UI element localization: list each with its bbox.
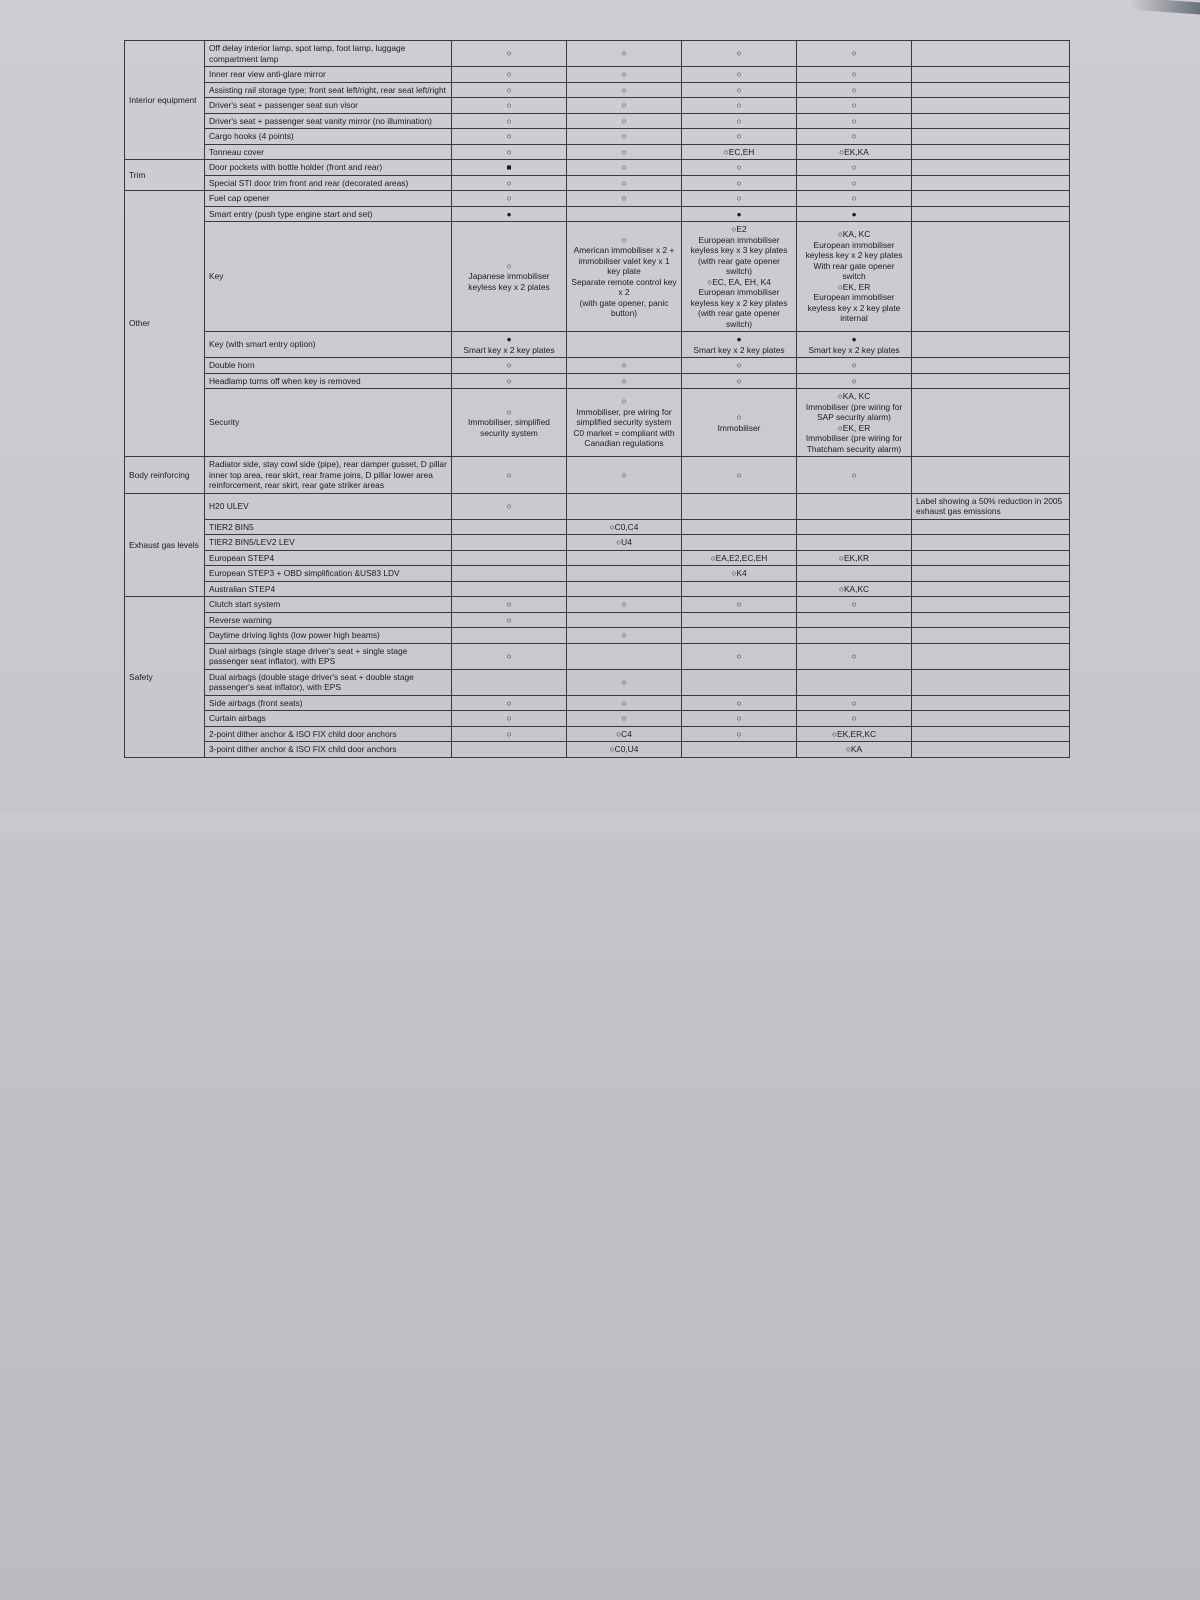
feature-cell: 3-point dither anchor & ISO FIX child do… [205, 742, 452, 758]
value-cell-market-2: ○ [567, 457, 682, 494]
category-cell: Exhaust gas levels [125, 493, 205, 597]
table-row: TIER2 BIN5/LEV2 LEV○U4 [125, 535, 1070, 551]
value-cell-market-1: ○ [452, 457, 567, 494]
value-cell-market-1 [452, 566, 567, 582]
value-cell-market-1: ○Japanese immobiliser keyless key x 2 pl… [452, 222, 567, 332]
value-cell-market-4: ○EK,ER,KC [797, 726, 912, 742]
remarks-cell [912, 206, 1070, 222]
value-cell-market-1: ○ [452, 191, 567, 207]
table-row: Key (with smart entry option)●Smart key … [125, 332, 1070, 358]
value-cell-market-1: ○Immobiliser, simplified security system [452, 389, 567, 457]
table-row: Reverse warning○ [125, 612, 1070, 628]
remarks-cell [912, 519, 1070, 535]
remarks-cell [912, 332, 1070, 358]
table-row: Curtain airbags○○○○ [125, 711, 1070, 727]
value-cell-market-2: ○ [567, 98, 682, 114]
value-cell-market-1 [452, 550, 567, 566]
feature-cell: Smart entry (push type engine start and … [205, 206, 452, 222]
table-row: Daytime driving lights (low power high b… [125, 628, 1070, 644]
value-cell-market-1: ○ [452, 373, 567, 389]
value-cell-market-3 [682, 519, 797, 535]
remarks-cell [912, 597, 1070, 613]
value-cell-market-4 [797, 669, 912, 695]
remarks-cell [912, 175, 1070, 191]
value-cell-market-3: ○K4 [682, 566, 797, 582]
feature-cell: Curtain airbags [205, 711, 452, 727]
value-cell-market-3 [682, 493, 797, 519]
value-cell-market-4 [797, 566, 912, 582]
value-cell-market-2: ○ [567, 358, 682, 374]
value-cell-market-2 [567, 332, 682, 358]
value-cell-market-4: ○ [797, 191, 912, 207]
value-cell-market-4 [797, 628, 912, 644]
value-cell-market-4: ●Smart key x 2 key plates [797, 332, 912, 358]
value-cell-market-2 [567, 566, 682, 582]
value-cell-market-2: ○American immobiliser x 2 + immobiliser … [567, 222, 682, 332]
value-cell-market-4: ● [797, 206, 912, 222]
remarks-cell [912, 113, 1070, 129]
feature-cell: Headlamp turns off when key is removed [205, 373, 452, 389]
remarks-cell [912, 742, 1070, 758]
value-cell-market-2: ○ [567, 191, 682, 207]
value-cell-market-3: ○ [682, 358, 797, 374]
remarks-cell [912, 389, 1070, 457]
value-cell-market-3: ○ [682, 82, 797, 98]
feature-cell: Driver's seat + passenger seat vanity mi… [205, 113, 452, 129]
value-cell-market-2: ○C4 [567, 726, 682, 742]
feature-cell: Radiator side, stay cowl side (pipe), re… [205, 457, 452, 494]
table-row: Key○Japanese immobiliser keyless key x 2… [125, 222, 1070, 332]
table-row: Interior equipmentOff delay interior lam… [125, 41, 1070, 67]
remarks-cell [912, 41, 1070, 67]
value-cell-market-2: ○ [567, 669, 682, 695]
table-row: SafetyClutch start system○○○○ [125, 597, 1070, 613]
value-cell-market-1: ○ [452, 597, 567, 613]
remarks-cell [912, 711, 1070, 727]
value-cell-market-1: ● [452, 206, 567, 222]
equipment-spec-table: Interior equipmentOff delay interior lam… [124, 40, 1070, 758]
table-row: Security○Immobiliser, simplified securit… [125, 389, 1070, 457]
spec-sheet: Interior equipmentOff delay interior lam… [124, 40, 1069, 758]
value-cell-market-4 [797, 493, 912, 519]
value-cell-market-1: ○ [452, 695, 567, 711]
feature-cell: H20 ULEV [205, 493, 452, 519]
value-cell-market-3 [682, 581, 797, 597]
category-cell: Interior equipment [125, 41, 205, 160]
feature-cell: Key (with smart entry option) [205, 332, 452, 358]
value-cell-market-2: ○ [567, 82, 682, 98]
value-cell-market-3: ○E2European immobiliser keyless key x 3 … [682, 222, 797, 332]
value-cell-market-3: ○ [682, 113, 797, 129]
feature-cell: Inner rear view anti-glare mirror [205, 67, 452, 83]
value-cell-market-3: ○ [682, 373, 797, 389]
table-row: Smart entry (push type engine start and … [125, 206, 1070, 222]
remarks-cell [912, 191, 1070, 207]
value-cell-market-4: ○ [797, 82, 912, 98]
value-cell-market-3 [682, 612, 797, 628]
value-cell-market-3 [682, 628, 797, 644]
table-row: 2-point dither anchor & ISO FIX child do… [125, 726, 1070, 742]
value-cell-market-2: ○ [567, 711, 682, 727]
value-cell-market-2: ○C0,C4 [567, 519, 682, 535]
value-cell-market-3: ○ [682, 175, 797, 191]
feature-cell: Clutch start system [205, 597, 452, 613]
table-row: Dual airbags (single stage driver's seat… [125, 643, 1070, 669]
remarks-cell [912, 98, 1070, 114]
feature-cell: European STEP3 + OBD simplification &US8… [205, 566, 452, 582]
feature-cell: Door pockets with bottle holder (front a… [205, 160, 452, 176]
value-cell-market-2 [567, 612, 682, 628]
table-row: 3-point dither anchor & ISO FIX child do… [125, 742, 1070, 758]
feature-cell: Side airbags (front seats) [205, 695, 452, 711]
value-cell-market-3: ○EA,E2,EC,EH [682, 550, 797, 566]
feature-cell: Australian STEP4 [205, 581, 452, 597]
value-cell-market-1: ○ [452, 82, 567, 98]
value-cell-market-3 [682, 669, 797, 695]
value-cell-market-2: ○ [567, 373, 682, 389]
value-cell-market-2 [567, 550, 682, 566]
value-cell-market-4 [797, 519, 912, 535]
value-cell-market-4: ○ [797, 643, 912, 669]
value-cell-market-1: ■ [452, 160, 567, 176]
value-cell-market-3: ○ [682, 457, 797, 494]
table-row: TIER2 BIN5○C0,C4 [125, 519, 1070, 535]
feature-cell: Reverse warning [205, 612, 452, 628]
remarks-cell [912, 726, 1070, 742]
value-cell-market-4: ○ [797, 160, 912, 176]
value-cell-market-1: ○ [452, 129, 567, 145]
value-cell-market-1 [452, 669, 567, 695]
table-row: Cargo hooks (4 points)○○○○ [125, 129, 1070, 145]
remarks-cell [912, 566, 1070, 582]
table-row: Headlamp turns off when key is removed○○… [125, 373, 1070, 389]
table-row: OtherFuel cap opener○○○○ [125, 191, 1070, 207]
value-cell-market-4: ○ [797, 175, 912, 191]
value-cell-market-1: ○ [452, 113, 567, 129]
remarks-cell [912, 129, 1070, 145]
remarks-cell [912, 160, 1070, 176]
remarks-cell [912, 535, 1070, 551]
value-cell-market-1: ○ [452, 493, 567, 519]
feature-cell: Tonneau cover [205, 144, 452, 160]
feature-cell: 2-point dither anchor & ISO FIX child do… [205, 726, 452, 742]
value-cell-market-4: ○EK,KR [797, 550, 912, 566]
value-cell-market-4 [797, 612, 912, 628]
value-cell-market-2: ○ [567, 67, 682, 83]
value-cell-market-3: ○ [682, 711, 797, 727]
remarks-cell [912, 612, 1070, 628]
feature-cell: Cargo hooks (4 points) [205, 129, 452, 145]
value-cell-market-3: ○ [682, 695, 797, 711]
table-row: Side airbags (front seats)○○○○ [125, 695, 1070, 711]
paper-fold [0, 815, 1200, 845]
remarks-cell [912, 643, 1070, 669]
remarks-cell [912, 373, 1070, 389]
feature-cell: Driver's seat + passenger seat sun visor [205, 98, 452, 114]
value-cell-market-4: ○EK,KA [797, 144, 912, 160]
table-row: Tonneau cover○○○EC,EH○EK,KA [125, 144, 1070, 160]
value-cell-market-2: ○ [567, 144, 682, 160]
value-cell-market-1: ○ [452, 67, 567, 83]
feature-cell: Dual airbags (double stage driver's seat… [205, 669, 452, 695]
category-cell: Other [125, 191, 205, 457]
value-cell-market-2: ○U4 [567, 535, 682, 551]
table-row: Driver's seat + passenger seat vanity mi… [125, 113, 1070, 129]
remarks-cell [912, 550, 1070, 566]
value-cell-market-3 [682, 535, 797, 551]
table-row: Special STI door trim front and rear (de… [125, 175, 1070, 191]
category-cell: Body reinforcing [125, 457, 205, 494]
value-cell-market-2 [567, 643, 682, 669]
table-row: Australian STEP4○KA,KC [125, 581, 1070, 597]
value-cell-market-1 [452, 535, 567, 551]
value-cell-market-3: ○ [682, 643, 797, 669]
value-cell-market-1: ○ [452, 358, 567, 374]
feature-cell: TIER2 BIN5 [205, 519, 452, 535]
value-cell-market-3: ○ [682, 191, 797, 207]
value-cell-market-3: ● [682, 206, 797, 222]
value-cell-market-4: ○KA, KCEuropean immobiliser keyless key … [797, 222, 912, 332]
value-cell-market-1: ○ [452, 612, 567, 628]
value-cell-market-4: ○ [797, 129, 912, 145]
value-cell-market-2: ○ [567, 160, 682, 176]
category-cell: Safety [125, 597, 205, 758]
value-cell-market-3 [682, 742, 797, 758]
value-cell-market-2: ○ [567, 695, 682, 711]
remarks-cell [912, 82, 1070, 98]
value-cell-market-2: ○ [567, 41, 682, 67]
value-cell-market-3: ○ [682, 98, 797, 114]
value-cell-market-2: ○ [567, 113, 682, 129]
value-cell-market-4: ○ [797, 41, 912, 67]
table-row: Assisting rail storage type: front seat … [125, 82, 1070, 98]
value-cell-market-4: ○KA [797, 742, 912, 758]
category-cell: Trim [125, 160, 205, 191]
value-cell-market-1: ○ [452, 643, 567, 669]
feature-cell: Double horn [205, 358, 452, 374]
photo-corner-shadow [1130, 0, 1200, 14]
table-row: TrimDoor pockets with bottle holder (fro… [125, 160, 1070, 176]
remarks-cell [912, 358, 1070, 374]
value-cell-market-4: ○ [797, 358, 912, 374]
feature-cell: Assisting rail storage type: front seat … [205, 82, 452, 98]
value-cell-market-4: ○ [797, 98, 912, 114]
feature-cell: Dual airbags (single stage driver's seat… [205, 643, 452, 669]
table-row: Body reinforcingRadiator side, stay cowl… [125, 457, 1070, 494]
table-row: Exhaust gas levelsH20 ULEV○Label showing… [125, 493, 1070, 519]
table-row: Double horn○○○○ [125, 358, 1070, 374]
feature-cell: Security [205, 389, 452, 457]
value-cell-market-4: ○ [797, 597, 912, 613]
value-cell-market-1: ○ [452, 711, 567, 727]
value-cell-market-3: ○ [682, 67, 797, 83]
remarks-cell [912, 695, 1070, 711]
value-cell-market-1: ○ [452, 726, 567, 742]
value-cell-market-4 [797, 535, 912, 551]
value-cell-market-3: ○ [682, 160, 797, 176]
value-cell-market-2 [567, 206, 682, 222]
value-cell-market-4: ○ [797, 711, 912, 727]
feature-cell: TIER2 BIN5/LEV2 LEV [205, 535, 452, 551]
table-row: Driver's seat + passenger seat sun visor… [125, 98, 1070, 114]
value-cell-market-2: ○ [567, 597, 682, 613]
feature-cell: Special STI door trim front and rear (de… [205, 175, 452, 191]
value-cell-market-1: ○ [452, 175, 567, 191]
remarks-cell [912, 67, 1070, 83]
value-cell-market-3: ○ [682, 726, 797, 742]
feature-cell: Daytime driving lights (low power high b… [205, 628, 452, 644]
value-cell-market-4: ○KA,KC [797, 581, 912, 597]
value-cell-market-2: ○C0,U4 [567, 742, 682, 758]
value-cell-market-3: ○Immobiliser [682, 389, 797, 457]
value-cell-market-2: ○ [567, 175, 682, 191]
table-row: European STEP4○EA,E2,EC,EH○EK,KR [125, 550, 1070, 566]
value-cell-market-1: ○ [452, 144, 567, 160]
remarks-cell [912, 581, 1070, 597]
value-cell-market-2 [567, 493, 682, 519]
value-cell-market-3: ○ [682, 41, 797, 67]
value-cell-market-1 [452, 628, 567, 644]
value-cell-market-3: ○ [682, 129, 797, 145]
value-cell-market-2 [567, 581, 682, 597]
value-cell-market-4: ○ [797, 373, 912, 389]
remarks-cell [912, 222, 1070, 332]
value-cell-market-1 [452, 581, 567, 597]
value-cell-market-3: ○ [682, 597, 797, 613]
table-row: Inner rear view anti-glare mirror○○○○ [125, 67, 1070, 83]
value-cell-market-3: ●Smart key x 2 key plates [682, 332, 797, 358]
value-cell-market-1 [452, 519, 567, 535]
remarks-cell [912, 628, 1070, 644]
remarks-cell [912, 144, 1070, 160]
value-cell-market-1: ●Smart key x 2 key plates [452, 332, 567, 358]
feature-cell: Off delay interior lamp, spot lamp, foot… [205, 41, 452, 67]
value-cell-market-1: ○ [452, 41, 567, 67]
value-cell-market-4: ○ [797, 695, 912, 711]
value-cell-market-2: ○Immobiliser, pre wiring for simplified … [567, 389, 682, 457]
feature-cell: European STEP4 [205, 550, 452, 566]
table-row: Dual airbags (double stage driver's seat… [125, 669, 1070, 695]
remarks-cell: Label showing a 50% reduction in 2005 ex… [912, 493, 1070, 519]
value-cell-market-4: ○ [797, 113, 912, 129]
value-cell-market-3: ○EC,EH [682, 144, 797, 160]
value-cell-market-4: ○ [797, 457, 912, 494]
value-cell-market-2: ○ [567, 628, 682, 644]
value-cell-market-4: ○ [797, 67, 912, 83]
feature-cell: Key [205, 222, 452, 332]
value-cell-market-2: ○ [567, 129, 682, 145]
feature-cell: Fuel cap opener [205, 191, 452, 207]
value-cell-market-4: ○KA, KCImmobiliser (pre wiring for SAP s… [797, 389, 912, 457]
value-cell-market-1 [452, 742, 567, 758]
remarks-cell [912, 457, 1070, 494]
table-row: European STEP3 + OBD simplification &US8… [125, 566, 1070, 582]
remarks-cell [912, 669, 1070, 695]
value-cell-market-1: ○ [452, 98, 567, 114]
